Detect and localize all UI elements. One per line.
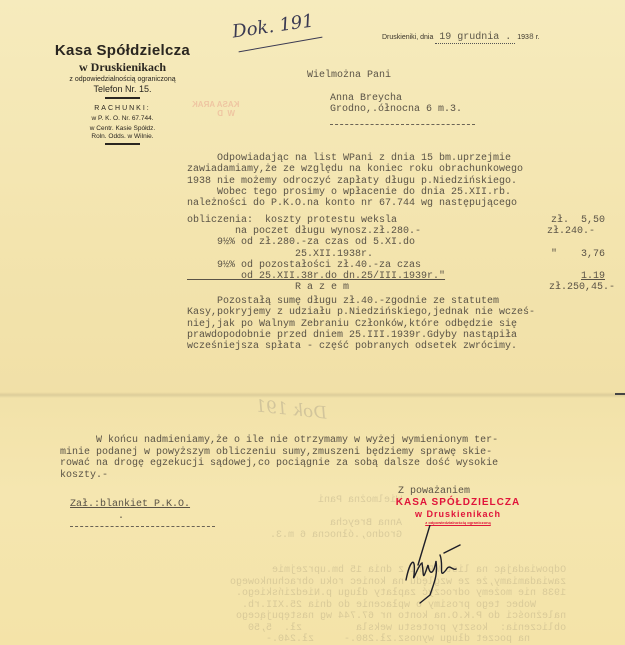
- calc-row: 9½% od pozostałości zł.40.-za czas: [187, 260, 617, 271]
- enclosure-dot: .: [118, 511, 124, 522]
- stamp-name: KASA SPÓŁDZIELCZA: [383, 497, 533, 508]
- text-line: Pozostałą sumę długu zł.40.-zgodnie ze s…: [187, 296, 617, 307]
- dateline-r: r.: [536, 34, 540, 41]
- calc-row: na poczet długu wynosz.zł.280.-zł.240.-: [187, 226, 617, 237]
- calc-label: na poczet długu wynosz.zł.280.-: [187, 226, 421, 237]
- text-line: prawdopodobnie przed dniem 25.III.1939r.…: [187, 330, 617, 341]
- page-seam: [0, 392, 625, 398]
- calc-row: 9½% od zł.280.-za czas od 5.XI.do: [187, 237, 617, 248]
- text-line: Wobec tego prosimy o wpłacenie do dnia 2…: [187, 187, 617, 198]
- letterhead: Kasa Spółdzielcza w Druskienikach z odpo…: [40, 42, 205, 148]
- recipient-address: Grodno,.ółnocna 6 m.3.: [330, 104, 462, 115]
- calc-row-total: R a z e mzł.250,45.-: [187, 282, 617, 293]
- recipient-name: Anna Breycha: [330, 93, 402, 104]
- text-line: 1938 nie możemy odroczyć zapłaty długu p…: [187, 176, 617, 187]
- letterhead-city: w Druskienikach: [40, 60, 205, 75]
- text-line: W końcu nadmieniamy,że o ile nie otrzyma…: [60, 435, 620, 447]
- letterhead-name: Kasa Spółdzielcza: [40, 42, 205, 59]
- calculation-table: obliczenia: koszty protestu wekslazł. 5,…: [187, 215, 617, 293]
- address-rule: [330, 124, 475, 125]
- calc-amount: " 3,76: [551, 249, 605, 260]
- signature-icon: [400, 525, 480, 605]
- text-line: Odpowiadając na list WPani z dnia 15 bm.…: [187, 153, 617, 164]
- letterhead-phone: Telefon Nr. 15.: [40, 84, 205, 94]
- text-line: należności do P.K.O.na konto nr 67.744 w…: [187, 198, 617, 209]
- calc-amount: zł.240.-: [547, 226, 595, 237]
- calc-label: 9½% od zł.280.-za czas od 5.XI.do: [187, 237, 415, 248]
- calc-label: R a z e m: [187, 282, 349, 293]
- calc-amount: zł. 5,50: [551, 215, 605, 226]
- text-line: minie podanej w powyższym obliczeniu sum…: [60, 447, 620, 459]
- dateline-date-field: 19 grudnia .: [435, 32, 515, 44]
- dateline-year-suffix: 8: [529, 33, 534, 42]
- body-paragraph-1: Odpowiadając na list WPani z dnia 15 bm.…: [187, 153, 617, 209]
- text-line: rować na drogę egzekucji sądowej,co poci…: [60, 458, 620, 470]
- closing-regards: Z poważaniem: [398, 486, 470, 497]
- letterhead-account-line: w Centr. Kasie Spółdz.: [40, 125, 205, 132]
- text-line: koszty.-: [60, 470, 620, 482]
- text-line: Kasy,pokryjemy z udziału p.Niedzińskiego…: [187, 307, 617, 318]
- calc-amount: 1.19: [581, 271, 605, 282]
- dateline-year-prefix: 193: [517, 34, 529, 41]
- calc-label: 9½% od pozostałości zł.40.-za czas: [187, 260, 421, 271]
- calc-row: 25.XII.1938r." 3,76: [187, 249, 617, 260]
- body-paragraph-2: Pozostałą sumę długu zł.40.-zgodnie ze s…: [187, 296, 617, 352]
- letterhead-divider: [105, 143, 140, 145]
- recipient-salutation: Wielmożna Pani: [307, 70, 391, 81]
- red-stamp: KASA SPÓŁDZIELCZA w Druskienikach z odpo…: [383, 497, 533, 525]
- text-line: zawiadamiamy,że ze względu na koniec rok…: [187, 164, 617, 175]
- text-line: niej,jak po Walnym Zebraniu Członków,któ…: [187, 319, 617, 330]
- text-line: wcześniejsza spłata - część pobranych od…: [187, 341, 617, 352]
- letterhead-divider: [105, 97, 140, 99]
- letterhead-account-line: Roln. Odds. w Wilnie.: [40, 133, 205, 140]
- letterhead-account-line: w P. K. O. Nr. 67.744.: [40, 115, 205, 122]
- calc-row: od 25.XII.38r.do dn.25/III.1939r."1.19: [187, 271, 617, 282]
- letterhead-liability: z odpowiedzialnością ograniczoną: [40, 76, 205, 83]
- enclosure-note: Zał.:blankiet P.K.O.: [70, 499, 190, 510]
- calc-label: obliczenia: koszty protestu weksla: [187, 215, 397, 226]
- dateline: Druskieniki, dnia 19 grudnia . 1938 r.: [382, 32, 540, 44]
- calc-label: od 25.XII.38r.do dn.25/III.1939r.": [187, 271, 445, 282]
- body-paragraph-3: W końcu nadmieniamy,że o ile nie otrzyma…: [60, 435, 620, 481]
- calc-amount-total: zł.250,45.-: [549, 282, 615, 293]
- letterhead-accounts-title: RACHUNKI:: [40, 105, 205, 112]
- seam-mark: [615, 393, 625, 395]
- dateline-date: 19 grudnia .: [439, 32, 511, 43]
- dateline-place: Druskieniki, dnia: [382, 34, 433, 41]
- enclosure-rule: [70, 526, 215, 527]
- bleed-through-text: Odpowiadając na list WPani z dnia 15 bm.…: [230, 565, 566, 645]
- stamp-city: w Druskienikach: [383, 509, 533, 519]
- calc-label: 25.XII.1938r.: [187, 249, 373, 260]
- calc-row: obliczenia: koszty protestu wekslazł. 5,…: [187, 215, 617, 226]
